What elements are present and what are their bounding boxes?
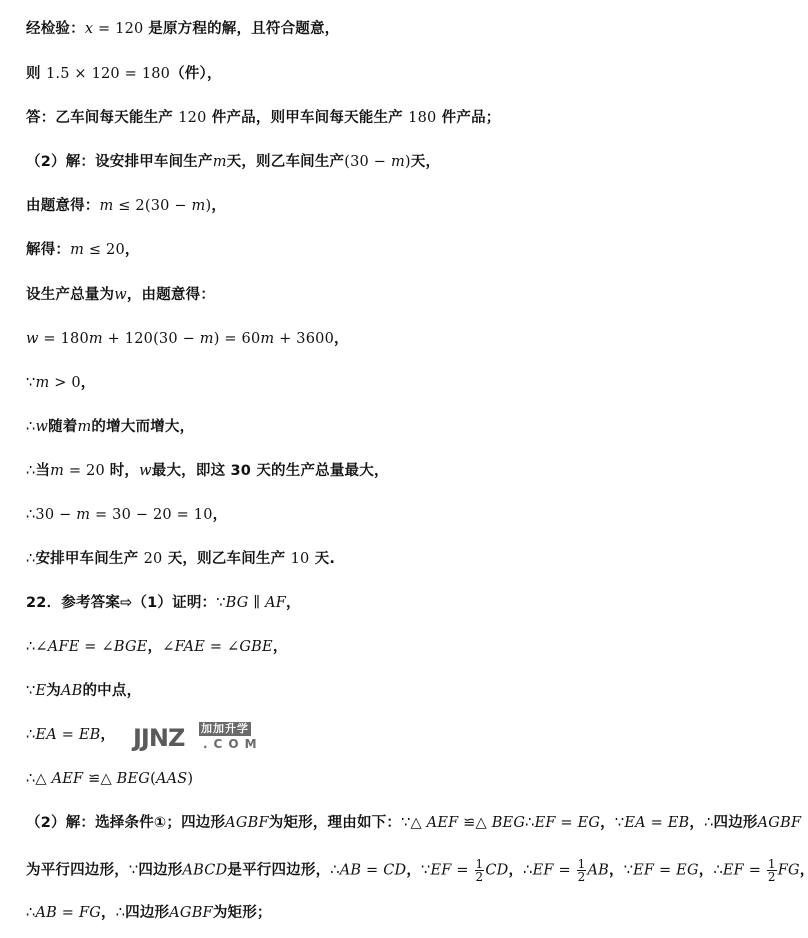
math-segment: ≌△: [458, 815, 491, 831]
text-line-l16: ∵E为AB的中点，: [26, 681, 141, 701]
math-segment: =: [57, 727, 79, 743]
math-segment: ∴: [713, 863, 722, 879]
text-segment: 为: [46, 683, 61, 699]
text-line-l15: ∴∠AFE = ∠BGE，∠FAE = ∠GBE，: [26, 637, 288, 657]
math-segment: ∴: [525, 815, 534, 831]
watermark-logo: JJNZ 加加升学 .COM: [133, 722, 257, 752]
math-segment: =: [744, 863, 766, 879]
text-line-l13: ∴安排甲车间生产 20 天，则乙车间生产 10 天.: [26, 549, 335, 569]
text-segment: ，: [148, 639, 163, 655]
text-segment: 四边形: [714, 815, 758, 831]
math-segment: 180: [408, 110, 436, 126]
text-segment: （2）解：选择条件①；四边形: [26, 815, 225, 831]
math-segment: x: [85, 21, 93, 37]
text-line-l1: 经检验：x = 120 是原方程的解，且符合题意，: [26, 19, 339, 39]
text-segment: 的增大而增大，: [91, 419, 194, 435]
text-line-l12: ∴30 − m = 30 − 20 = 10，: [26, 505, 227, 525]
math-segment: =: [57, 905, 79, 921]
math-segment: EG: [578, 815, 601, 831]
math-segment: AAS: [156, 771, 187, 787]
math-segment: ≤ 2(30 −: [113, 198, 191, 214]
math-segment: AEF: [52, 771, 84, 787]
text-segment: 天，则乙车间生产: [162, 551, 290, 567]
math-segment: m: [89, 331, 103, 347]
math-segment: ) = 60: [214, 331, 261, 347]
math-segment: ∵△: [401, 815, 427, 831]
math-segment: FAE: [175, 639, 205, 655]
text-line-l6: 解得：m ≤ 20，: [26, 240, 140, 260]
text-segment: ，: [600, 815, 615, 831]
text-segment: 为矩形；: [213, 905, 272, 921]
text-segment: 为矩形，理由如下：: [269, 815, 401, 831]
math-segment: CD: [383, 863, 406, 879]
math-segment: = ∠: [80, 639, 114, 655]
math-segment: m: [213, 154, 227, 170]
math-segment: EA: [35, 727, 56, 743]
text-segment: ，: [286, 595, 301, 611]
math-segment: GBE: [239, 639, 272, 655]
text-segment: 件产品，则甲车间每天能生产: [207, 110, 409, 126]
text-segment: 天，: [411, 154, 440, 170]
math-segment: AGBF: [169, 905, 213, 921]
text-line-l2: 则 1.5 × 120 = 180（件），: [26, 64, 222, 84]
text-segment: 四边形: [125, 905, 169, 921]
text-line-l5: 由题意得：m ≤ 2(30 − m)，: [26, 196, 226, 216]
math-segment: AB: [587, 863, 609, 879]
math-segment: 20: [144, 551, 163, 567]
text-segment: 经检验：: [26, 21, 85, 37]
math-segment: EG: [676, 863, 699, 879]
math-segment: EF: [533, 863, 554, 879]
watermark-letters: JJNZ: [133, 724, 184, 752]
text-line-l21: ∴AB = FG，∴四边形AGBF为矩形；: [26, 903, 272, 923]
text-line-l8: w = 180m + 120(30 − m) = 60m + 3600，: [26, 329, 349, 349]
fraction: 12: [475, 858, 485, 883]
math-segment: = 180: [39, 331, 89, 347]
text-segment: 则: [26, 66, 46, 82]
math-segment: ≌△: [83, 771, 116, 787]
math-segment: > 0: [49, 375, 80, 391]
math-segment: ABCD: [182, 863, 227, 879]
math-segment: =: [452, 863, 474, 879]
text-segment: ，: [101, 727, 116, 743]
math-segment: ∴: [704, 815, 713, 831]
text-segment: ，: [406, 863, 421, 879]
math-segment: 120: [178, 110, 206, 126]
watermark-domain: .COM: [203, 737, 263, 751]
text-segment: ，: [508, 863, 523, 879]
math-segment: 10: [291, 551, 310, 567]
math-segment: BG: [226, 595, 249, 611]
text-segment: ，由题意得：: [127, 287, 215, 303]
text-segment: 由题意得：: [26, 198, 100, 214]
text-line-l14: 22．参考答案⇨（1）证明：∵BG ∥ AF，: [26, 593, 301, 613]
text-segment: 件产品；: [436, 110, 500, 126]
math-segment: w: [114, 287, 127, 303]
math-segment: m: [77, 419, 91, 435]
math-segment: = 30 − 20 = 10: [90, 507, 212, 523]
text-line-l17: ∴EA = EB，: [26, 725, 115, 745]
math-segment: =: [646, 815, 668, 831]
text-segment: 当: [35, 463, 50, 479]
math-segment: EF: [633, 863, 654, 879]
text-segment: 时，: [110, 463, 139, 479]
text-segment: 为平行四边形，: [26, 863, 129, 879]
math-segment: AB: [35, 905, 57, 921]
math-segment: ∴: [523, 863, 532, 879]
math-segment: m: [100, 198, 114, 214]
math-segment: m: [200, 331, 214, 347]
math-segment: =: [654, 863, 676, 879]
math-segment: 1.5 × 120 = 180: [46, 66, 170, 82]
text-segment: ，: [213, 507, 228, 523]
math-segment: AGBF: [225, 815, 269, 831]
text-line-l4: （2）解：设安排甲车间生产m天，则乙车间生产(30 − m)天，: [26, 152, 440, 172]
text-segment: ，: [211, 198, 226, 214]
text-segment: 随着: [48, 419, 77, 435]
math-segment: ∴30 −: [26, 507, 76, 523]
math-segment: FG: [778, 863, 800, 879]
text-segment: ，: [273, 639, 288, 655]
math-segment: m: [192, 198, 206, 214]
math-segment: EF: [535, 815, 556, 831]
text-line-l7: 设生产总量为w，由题意得：: [26, 285, 215, 305]
text-segment: 是原方程的解，且符合题意，: [148, 21, 339, 37]
math-segment: AF: [265, 595, 286, 611]
math-segment: ): [187, 771, 193, 787]
text-segment: 天.: [309, 551, 335, 567]
math-segment: EB: [668, 815, 690, 831]
text-line-l19: （2）解：选择条件①；四边形AGBF为矩形，理由如下：∵△ AEF ≌△ BEG…: [26, 813, 801, 833]
math-segment: BEG: [492, 815, 525, 831]
math-segment: + 3600: [274, 331, 334, 347]
math-segment: =: [361, 863, 383, 879]
text-segment: 的中点，: [82, 683, 141, 699]
math-segment: ∴: [330, 863, 339, 879]
math-segment: ∵: [615, 815, 624, 831]
text-segment: 最大，即这 30 天的生产总量最大，: [152, 463, 389, 479]
math-segment: + 120(30 −: [103, 331, 200, 347]
math-segment: ∵: [129, 863, 138, 879]
text-segment: ，: [699, 863, 714, 879]
text-segment: 设生产总量为: [26, 287, 114, 303]
watermark-chinese: 加加升学: [199, 722, 251, 736]
math-segment: EF: [430, 863, 451, 879]
math-segment: ∴△: [26, 771, 52, 787]
math-segment: =: [556, 815, 578, 831]
fraction: 12: [767, 858, 777, 883]
text-segment: ，: [334, 331, 349, 347]
math-segment: ∠: [162, 639, 174, 655]
text-segment: 四边形: [138, 863, 182, 879]
math-segment: ∴∠: [26, 639, 48, 655]
text-segment: 安排甲车间生产: [35, 551, 143, 567]
math-segment: m: [70, 242, 84, 258]
math-segment: w: [26, 331, 39, 347]
text-segment: 答：乙车间每天能生产: [26, 110, 178, 126]
text-segment: ，: [81, 375, 96, 391]
math-segment: ∵: [216, 595, 225, 611]
text-segment: 22．参考答案⇨（1）证明：: [26, 595, 216, 611]
math-segment: m: [35, 375, 49, 391]
math-segment: AEF: [427, 815, 459, 831]
math-segment: ∴: [116, 905, 125, 921]
math-segment: EF: [723, 863, 744, 879]
text-line-l18: ∴△ AEF ≌△ BEG(AAS): [26, 769, 193, 789]
math-segment: AGBF: [758, 815, 802, 831]
math-segment: =: [554, 863, 576, 879]
math-segment: m: [391, 154, 405, 170]
text-segment: ，: [689, 815, 704, 831]
fraction: 12: [577, 858, 587, 883]
math-segment: CD: [485, 863, 508, 879]
math-segment: EA: [624, 815, 645, 831]
math-segment: BEG: [117, 771, 150, 787]
math-segment: E: [35, 683, 46, 699]
text-segment: （件），: [170, 66, 222, 82]
text-segment: 是平行四边形，: [227, 863, 330, 879]
text-segment: （2）解：设安排甲车间生产: [26, 154, 213, 170]
math-segment: (30 −: [344, 154, 391, 170]
math-segment: w: [35, 419, 48, 435]
text-segment: ，: [800, 863, 808, 879]
math-segment: AFE: [48, 639, 80, 655]
text-segment: ，: [609, 863, 624, 879]
text-line-l20: 为平行四边形，∵四边形ABCD是平行四边形，∴AB = CD，∵EF = 12C…: [26, 858, 808, 883]
math-segment: m: [260, 331, 274, 347]
math-segment: FG: [79, 905, 101, 921]
math-segment: BGE: [114, 639, 148, 655]
text-line-l3: 答：乙车间每天能生产 120 件产品，则甲车间每天能生产 180 件产品；: [26, 108, 500, 128]
text-segment: 天，则乙车间生产: [227, 154, 345, 170]
math-segment: m: [76, 507, 90, 523]
math-segment: w: [139, 463, 152, 479]
math-segment: ∥: [249, 595, 266, 611]
math-segment: ∵: [624, 863, 633, 879]
text-segment: ，: [101, 905, 116, 921]
text-line-l11: ∴当m = 20 时，w最大，即这 30 天的生产总量最大，: [26, 461, 389, 481]
math-segment: = ∠: [205, 639, 239, 655]
text-line-l10: ∴w随着m的增大而增大，: [26, 417, 194, 437]
math-segment: AB: [340, 863, 362, 879]
text-segment: 解得：: [26, 242, 70, 258]
math-segment: = 120: [93, 21, 148, 37]
math-segment: AB: [61, 683, 83, 699]
text-line-l9: ∵m > 0，: [26, 373, 96, 393]
text-segment: ，: [125, 242, 140, 258]
math-segment: EB: [79, 727, 101, 743]
math-segment: = 20: [64, 463, 110, 479]
math-segment: m: [50, 463, 64, 479]
math-segment: ≤ 20: [84, 242, 125, 258]
